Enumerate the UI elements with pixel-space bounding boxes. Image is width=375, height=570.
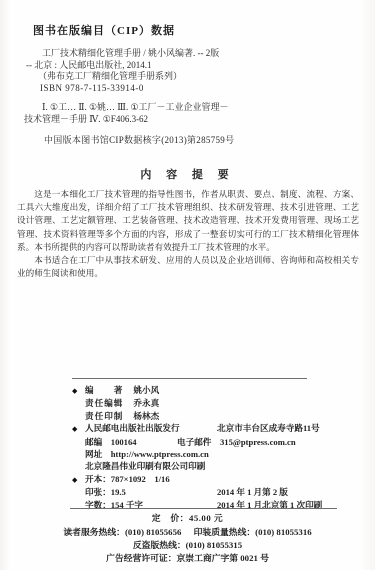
isbn: ISBN 978-7-115-33914-0 xyxy=(24,83,355,95)
footer-divider xyxy=(70,508,337,509)
antipiracy-hotline: 反盗版热线：(010) 81055315 xyxy=(0,539,375,552)
sheets-row: 印张：19.5 2014 年 1 月第 2 版 xyxy=(72,486,345,498)
cip-classification: Ⅰ. ①工… Ⅱ. ①姚… Ⅲ. ①工厂－工业企业管理－ 技术管理－手册 Ⅳ. … xyxy=(24,101,355,125)
cip-registry-number: 中国版本图书馆CIP数据核字(2013)第285759号 xyxy=(44,133,234,146)
diamond-bullet-icon: ◆ xyxy=(72,423,85,435)
editor-row: 责任编辑 乔永真 xyxy=(72,397,345,409)
print-supervisor-label: 责任印制 xyxy=(85,410,123,422)
service-hotline: 读者服务热线：(010) 81055656 xyxy=(63,527,181,537)
author-row: ◆ 编 著 姚小风 xyxy=(72,384,345,397)
print-company: 北京隆昌伟业印刷有限公司印刷 xyxy=(85,460,205,472)
cip-series-line: （弗布克工厂精细化管理手册系列） xyxy=(24,71,355,83)
colophon: ◆ 编 著 姚小风 责任编辑 乔永真 责任印制 杨林杰 ◆ 人民邮电出版社出版发… xyxy=(72,384,345,511)
book-format: 开本：787×1092 1/16 xyxy=(85,473,170,485)
summary-body: 这是一本细化工厂技术管理的指导性图书，作者从职责、要点、制度、流程、方案、工具六… xyxy=(17,188,359,280)
cip-record: 工厂技术精细化管理手册 / 姚小风编著. -- 2版 -- 北京 : 人民邮电出… xyxy=(24,48,355,94)
printed-sheets: 印张：19.5 xyxy=(85,486,217,498)
publisher-address: 北京市丰台区成寿寺路11号 xyxy=(217,422,345,434)
diamond-bullet-icon: ◆ xyxy=(72,385,85,397)
copyright-page: 图书在版编目（CIP）数据 工厂技术精细化管理手册 / 姚小风编著. -- 2版… xyxy=(0,0,375,570)
cip-title-line: 工厂技术精细化管理手册 / 姚小风编著. -- 2版 xyxy=(24,48,355,60)
publisher-row: ◆ 人民邮电出版社出版发行 北京市丰台区成寿寺路11号 xyxy=(72,422,345,435)
publisher-name: 人民邮电出版社出版发行 xyxy=(85,422,217,434)
diamond-bullet-icon: ◆ xyxy=(72,474,85,486)
hotline-row: 读者服务热线：(010) 81055656 印装质量热线：(010) 81055… xyxy=(0,526,375,539)
ad-license: 广告经营许可证：京崇工商广字第 0021 号 xyxy=(0,552,375,565)
summary-heading: 内 容 提 要 xyxy=(0,166,375,182)
format-row: ◆ 开本：787×1092 1/16 xyxy=(72,473,345,486)
author-name: 姚小风 xyxy=(133,384,159,396)
footer: 定 价：45.00 元 读者服务热线：(010) 81055656 印装质量热线… xyxy=(0,512,375,565)
print-supervisor-name: 杨林杰 xyxy=(133,410,159,422)
price: 定 价：45.00 元 xyxy=(0,512,375,525)
email: 电子邮件 315@ptpress.com.cn xyxy=(177,436,345,448)
website: 网址 http://www.ptpress.com.cn xyxy=(85,448,209,460)
postcode: 邮编 100164 xyxy=(85,436,177,448)
edition: 2014 年 1 月第 2 版 xyxy=(217,486,345,498)
classification-line-1: Ⅰ. ①工… Ⅱ. ①姚… Ⅲ. ①工厂－工业企业管理－ xyxy=(24,101,355,113)
print-company-row: 北京隆昌伟业印刷有限公司印刷 xyxy=(72,460,345,472)
summary-paragraph-1: 这是一本细化工厂技术管理的指导性图书，作者从职责、要点、制度、流程、方案、工具六… xyxy=(17,188,359,254)
cip-header: 图书在版编目（CIP）数据 xyxy=(33,22,175,38)
colophon-divider-top xyxy=(72,378,307,379)
impression: 2014 年 1 月北京第 1 次印刷 xyxy=(217,499,345,511)
classification-line-2: 技术管理－手册 Ⅳ. ①F406.3-62 xyxy=(24,113,355,125)
author-label: 编 著 xyxy=(85,384,123,396)
print-supervisor-row: 责任印制 杨林杰 xyxy=(72,410,345,422)
summary-paragraph-2: 本书适合在工厂中从事技术研发、应用的人员以及企业培训师、咨询师和高校相关专业的师… xyxy=(17,254,359,280)
quality-hotline: 印装质量热线：(010) 81055316 xyxy=(194,527,312,537)
word-count-row: 字数：154 千字 2014 年 1 月北京第 1 次印刷 xyxy=(72,499,345,511)
postcode-row: 邮编 100164 电子邮件 315@ptpress.com.cn xyxy=(72,436,345,448)
editor-name: 乔永真 xyxy=(133,397,159,409)
website-row: 网址 http://www.ptpress.com.cn xyxy=(72,448,345,460)
word-count: 字数：154 千字 xyxy=(85,499,217,511)
editor-label: 责任编辑 xyxy=(85,397,123,409)
cip-publisher-line: -- 北京 : 人民邮电出版社, 2014.1 xyxy=(24,60,355,72)
